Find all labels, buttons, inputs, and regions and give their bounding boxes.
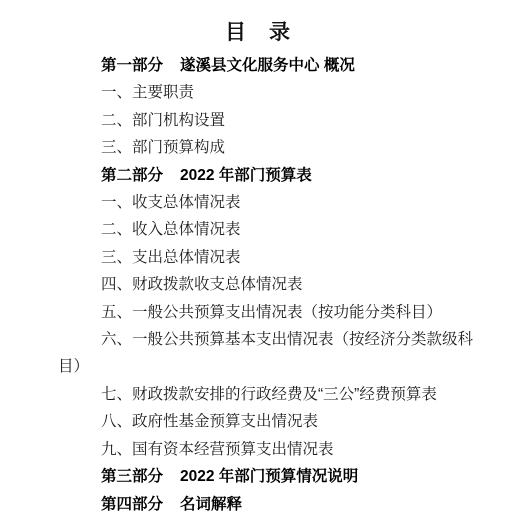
document-page: 目 录 第一部分遂溪县文化服务中心 概况一、主要职责二、部门机构设置三、部门预算…: [0, 0, 516, 518]
toc-item: 四、财政拨款收支总体情况表: [58, 271, 478, 298]
section-number: 第二部分: [101, 167, 163, 184]
toc-section-heading: 第一部分遂溪县文化服务中心 概况: [58, 52, 478, 79]
toc-item: 二、收入总体情况表: [58, 216, 478, 243]
toc-item: 二、部门机构设置: [58, 107, 478, 134]
section-title: 遂溪县文化服务中心 概况: [180, 57, 355, 74]
toc-item: 五、一般公共预算支出情况表（按功能分类科目）: [58, 299, 478, 326]
section-number: 第四部分: [101, 496, 163, 513]
toc-item: 三、部门预算构成: [58, 134, 478, 161]
toc-item: 一、主要职责: [58, 79, 478, 106]
toc-list: 第一部分遂溪县文化服务中心 概况一、主要职责二、部门机构设置三、部门预算构成第二…: [58, 52, 478, 518]
section-number: 第三部分: [101, 468, 163, 485]
page-title: 目 录: [0, 0, 516, 47]
toc-section-heading: 第三部分2022 年部门预算情况说明: [58, 463, 478, 490]
toc-item: 八、政府性基金预算支出情况表: [58, 408, 478, 435]
section-title: 名词解释: [180, 496, 242, 513]
toc-item: 三、支出总体情况表: [58, 244, 478, 271]
toc-section-heading: 第四部分名词解释: [58, 491, 478, 518]
toc-item: 七、财政拨款安排的行政经费及“三公”经费预算表: [58, 381, 478, 408]
section-title: 2022 年部门预算表: [180, 167, 312, 184]
toc-item: 九、国有资本经营预算支出情况表: [58, 436, 478, 463]
toc-section-heading: 第二部分2022 年部门预算表: [58, 162, 478, 189]
toc-item: 一、收支总体情况表: [58, 189, 478, 216]
section-title: 2022 年部门预算情况说明: [180, 468, 358, 485]
section-number: 第一部分: [101, 57, 163, 74]
toc-item: 六、一般公共预算基本支出情况表（按经济分类款级科目）: [58, 326, 478, 381]
